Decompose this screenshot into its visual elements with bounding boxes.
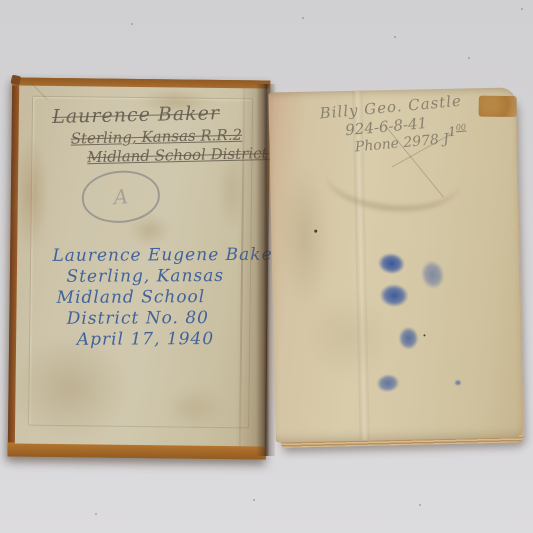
paper-fleck (423, 334, 425, 336)
dust-speck (131, 23, 133, 25)
cover-corner-wear (10, 75, 21, 86)
dust-speck (95, 513, 97, 515)
water-stain (163, 385, 228, 430)
ink-blot (419, 258, 447, 291)
ink-blot (379, 283, 409, 307)
dust-speck (468, 57, 470, 59)
dust-speck (521, 8, 523, 10)
left-book-cover: Laurence Baker Sterling, Kansas R.R.2 Mi… (8, 77, 271, 459)
dust-speck (419, 504, 421, 506)
ink-blot (454, 380, 461, 386)
pencil-inscription-right: Billy Geo. Castle 924-6-8-41 Phone 2978 … (319, 92, 466, 159)
photo-of-open-book: Laurence Baker Sterling, Kansas R.R.2 Mi… (0, 0, 533, 533)
paper-fleck (314, 230, 317, 233)
price-notation: 100 (447, 122, 467, 140)
water-stain (303, 290, 395, 382)
tape-stain (479, 96, 517, 118)
ink-blot (375, 373, 400, 394)
dust-speck (253, 499, 255, 501)
ink-blot (377, 252, 406, 276)
dust-speck (302, 17, 304, 19)
right-endpaper-page: Billy Geo. Castle 924-6-8-41 Phone 2978 … (268, 87, 522, 442)
left-pastedown-page: Laurence Baker Sterling, Kansas R.R.2 Mi… (15, 86, 269, 447)
circled-letter: A (113, 184, 129, 209)
dust-speck (394, 36, 396, 38)
water-stain (278, 161, 331, 312)
price-cents: 00 (455, 122, 466, 132)
ink-blot (398, 327, 418, 350)
